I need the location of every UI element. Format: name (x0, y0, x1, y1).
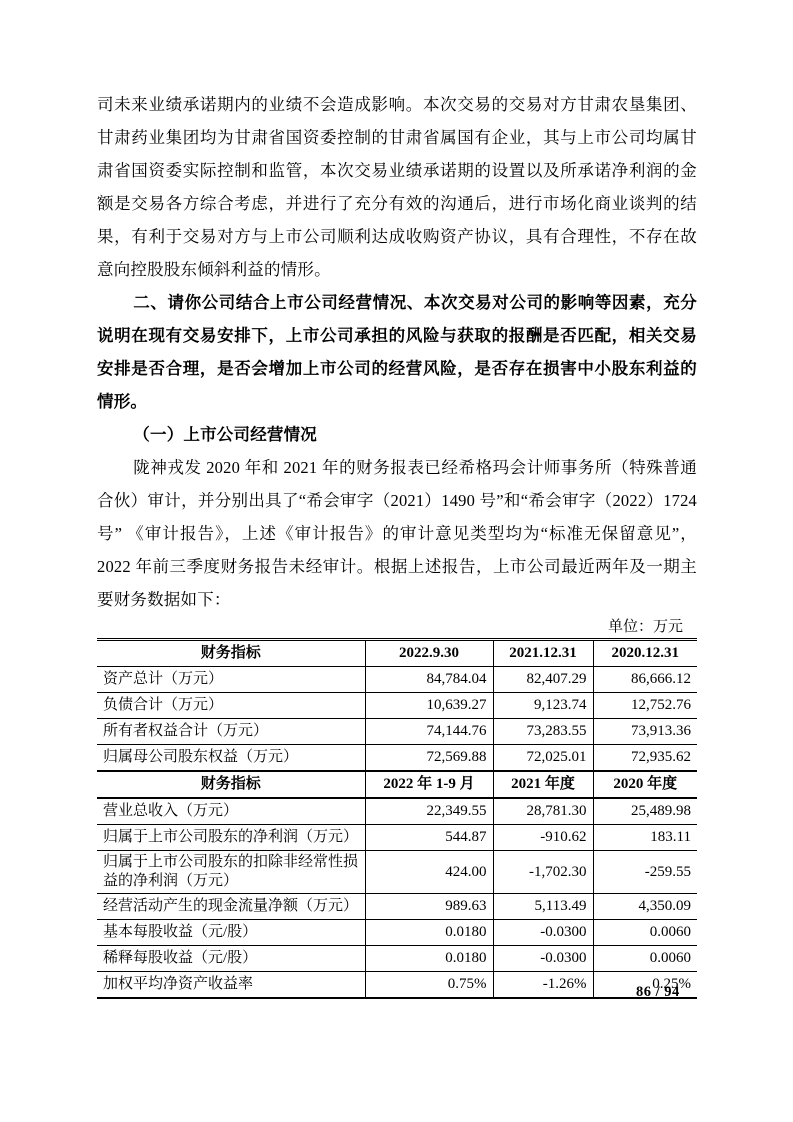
cell-value: -0.0300 (493, 946, 593, 972)
cell-value: 989.63 (365, 894, 493, 920)
cell-value: 73,283.55 (493, 719, 593, 745)
row-label: 归属于上市公司股东的扣除非经常性损益的净利润（万元） (97, 851, 365, 894)
table-row: 基本每股收益（元/股） 0.0180 -0.0300 0.0060 (97, 920, 697, 946)
question-paragraph: 二、请你公司结合上市公司经营情况、本次交易对公司的影响等因素，充分说明在现有交易… (97, 286, 697, 418)
document-page: 司未来业绩承诺期内的业绩不会造成影响。本次交易的交易对方甘肃农垦集团、甘肃药业集… (0, 0, 793, 1122)
cell-value: -259.55 (593, 851, 697, 894)
row-label: 归属母公司股东权益（万元） (97, 745, 365, 772)
cell-value: 424.00 (365, 851, 493, 894)
table-row: 营业总收入（万元） 22,349.55 28,781.30 25,489.98 (97, 798, 697, 825)
row-label: 基本每股收益（元/股） (97, 920, 365, 946)
column-header: 2022.9.30 (365, 640, 493, 667)
column-header: 财务指标 (97, 640, 365, 667)
paragraph-continuation: 司未来业绩承诺期内的业绩不会造成影响。本次交易的交易对方甘肃农垦集团、甘肃药业集… (97, 88, 697, 286)
row-label: 加权平均净资产收益率 (97, 972, 365, 999)
column-header: 2020 年度 (593, 771, 697, 798)
row-label: 所有者权益合计（万元） (97, 719, 365, 745)
table-header-row-income: 财务指标 2022 年 1-9 月 2021 年度 2020 年度 (97, 771, 697, 798)
column-header: 财务指标 (97, 771, 365, 798)
cell-value: 25,489.98 (593, 798, 697, 825)
cell-value: -1.26% (493, 972, 593, 999)
financial-table: 财务指标 2022.9.30 2021.12.31 2020.12.31 资产总… (97, 638, 697, 999)
row-label: 营业总收入（万元） (97, 798, 365, 825)
cell-value: 5,113.49 (493, 894, 593, 920)
cell-value: -1,702.30 (493, 851, 593, 894)
cell-value: 12,752.76 (593, 693, 697, 719)
row-label: 负债合计（万元） (97, 693, 365, 719)
table-header-row-balance: 财务指标 2022.9.30 2021.12.31 2020.12.31 (97, 640, 697, 667)
cell-value: 4,350.09 (593, 894, 697, 920)
column-header: 2021.12.31 (493, 640, 593, 667)
cell-value: 73,913.36 (593, 719, 697, 745)
column-header: 2022 年 1-9 月 (365, 771, 493, 798)
table-row: 归属于上市公司股东的扣除非经常性损益的净利润（万元） 424.00 -1,702… (97, 851, 697, 894)
cell-value: 86,666.12 (593, 667, 697, 693)
cell-value: 28,781.30 (493, 798, 593, 825)
column-header: 2020.12.31 (593, 640, 697, 667)
cell-value: 82,407.29 (493, 667, 593, 693)
audit-paragraph: 陇神戎发 2020 年和 2021 年的财务报表已经希格玛会计师事务所（特殊普通… (97, 451, 697, 616)
cell-value: -0.0300 (493, 920, 593, 946)
cell-value: 0.0060 (593, 920, 697, 946)
cell-value: 0.0060 (593, 946, 697, 972)
cell-value: 84,784.04 (365, 667, 493, 693)
cell-value: 72,025.01 (493, 745, 593, 772)
section-heading: （一）上市公司经营情况 (97, 418, 697, 451)
cell-value: 9,123.74 (493, 693, 593, 719)
table-row: 加权平均净资产收益率 0.75% -1.26% 0.25% (97, 972, 697, 999)
table-row: 经营活动产生的现金流量净额（万元） 989.63 5,113.49 4,350.… (97, 894, 697, 920)
table-row: 负债合计（万元） 10,639.27 9,123.74 12,752.76 (97, 693, 697, 719)
table-row: 归属于上市公司股东的净利润（万元） 544.87 -910.62 183.11 (97, 825, 697, 851)
cell-value: -910.62 (493, 825, 593, 851)
row-label: 资产总计（万元） (97, 667, 365, 693)
table-row: 稀释每股收益（元/股） 0.0180 -0.0300 0.0060 (97, 946, 697, 972)
column-header: 2021 年度 (493, 771, 593, 798)
cell-value: 0.75% (365, 972, 493, 999)
cell-value: 22,349.55 (365, 798, 493, 825)
cell-value: 72,935.62 (593, 745, 697, 772)
table-row: 所有者权益合计（万元） 74,144.76 73,283.55 73,913.3… (97, 719, 697, 745)
cell-value: 0.0180 (365, 946, 493, 972)
table-row: 资产总计（万元） 84,784.04 82,407.29 86,666.12 (97, 667, 697, 693)
document-content: 司未来业绩承诺期内的业绩不会造成影响。本次交易的交易对方甘肃农垦集团、甘肃药业集… (97, 88, 697, 999)
cell-value: 544.87 (365, 825, 493, 851)
cell-value: 183.11 (593, 825, 697, 851)
unit-label: 单位：万元 (97, 616, 697, 638)
cell-value: 74,144.76 (365, 719, 493, 745)
cell-value: 10,639.27 (365, 693, 493, 719)
row-label: 经营活动产生的现金流量净额（万元） (97, 894, 365, 920)
cell-value: 72,569.88 (365, 745, 493, 772)
page-number: 86 / 94 (636, 984, 680, 1001)
row-label: 稀释每股收益（元/股） (97, 946, 365, 972)
row-label: 归属于上市公司股东的净利润（万元） (97, 825, 365, 851)
table-row: 归属母公司股东权益（万元） 72,569.88 72,025.01 72,935… (97, 745, 697, 772)
cell-value: 0.0180 (365, 920, 493, 946)
